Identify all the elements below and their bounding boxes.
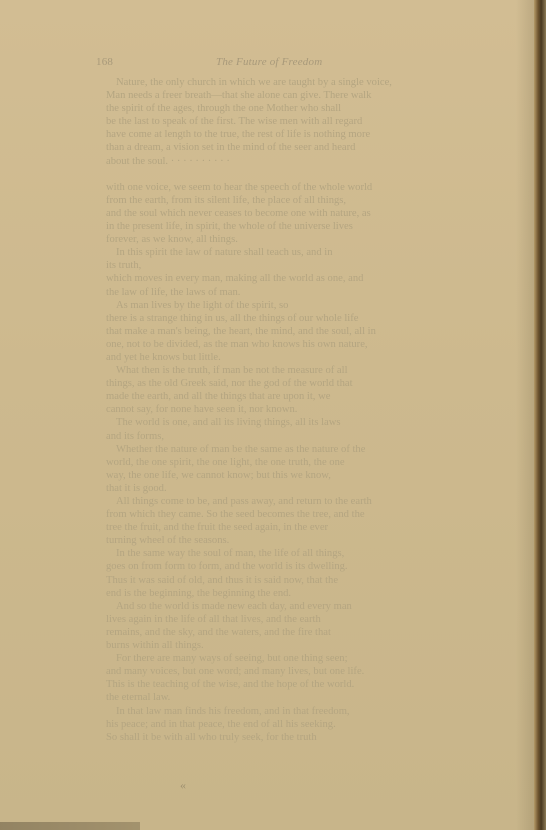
text-line: lives again in the life of all that live… (106, 613, 482, 626)
text-line: cannot say, for none have seen it, nor k… (106, 403, 482, 416)
text-line: from which they came. So the seed become… (106, 508, 482, 521)
text-line: goes on from form to form, and the world… (106, 560, 482, 573)
text-line: and its forms, (106, 430, 482, 443)
bottom-mark: « (180, 778, 186, 793)
text-line: his peace; and in that peace, the end of… (106, 718, 482, 731)
text-line: Nature, the only church in which we are … (106, 76, 482, 89)
text-line: In the same way the soul of man, the lif… (106, 547, 482, 560)
text-line: tree the fruit, and the fruit the seed a… (106, 521, 482, 534)
text-line: What then is the truth, if man be not th… (106, 364, 482, 377)
text-line: world, the one spirit, the one light, th… (106, 456, 482, 469)
text-line: the eternal law. (106, 691, 482, 704)
text-line: And so the world is made new each day, a… (106, 600, 482, 613)
text-line: and many voices, but one word; and many … (106, 665, 482, 678)
text-line: The world is one, and all its living thi… (106, 416, 482, 429)
binding-shadow (516, 0, 534, 830)
text-line: remains, and the sky, and the waters, an… (106, 626, 482, 639)
text-line: from the earth, from its silent life, th… (106, 194, 482, 207)
text-line: that it is good. (106, 482, 482, 495)
body-text: Nature, the only church in which we are … (106, 76, 482, 744)
text-line: its truth, (106, 259, 482, 272)
text-line: Whether the nature of man be the same as… (106, 443, 482, 456)
text-line: the spirit of the ages, through the one … (106, 102, 482, 115)
text-line: in the present life, in spirit, the whol… (106, 220, 482, 233)
text-line: All things come to be, and pass away, an… (106, 495, 482, 508)
text-line: be the last to speak of the first. The w… (106, 115, 482, 128)
text-line: and the soul which never ceases to becom… (106, 207, 482, 220)
text-line: Thus it was said of old, and thus it is … (106, 574, 482, 587)
text-line: about the soul. · · · · · · · · · · (106, 155, 482, 168)
text-line (106, 168, 482, 181)
text-line: things, as the old Greek said, nor the g… (106, 377, 482, 390)
text-line: and yet he knows but little. (106, 351, 482, 364)
text-line: In this spirit the law of nature shall t… (106, 246, 482, 259)
text-line: In that law man finds his freedom, and i… (106, 705, 482, 718)
text-line: which moves in every man, making all the… (106, 272, 482, 285)
book-binding-edge (534, 0, 546, 830)
text-line: way, the one life, we cannot know; but t… (106, 469, 482, 482)
text-line: there is a strange thing in us, all the … (106, 312, 482, 325)
text-line: with one voice, we seem to hear the spee… (106, 181, 482, 194)
text-line: So shall it be with all who truly seek, … (106, 731, 482, 744)
text-line: As man lives by the light of the spirit,… (106, 299, 482, 312)
text-line: have come at length to the true, the res… (106, 128, 482, 141)
scan-edge (0, 822, 140, 830)
text-line: than a dream, a vision set in the mind o… (106, 141, 482, 154)
text-line: For there are many ways of seeing, but o… (106, 652, 482, 665)
text-line: one, not to be divided, as the man who k… (106, 338, 482, 351)
text-line: the law of life, the laws of man. (106, 286, 482, 299)
text-line: burns within all things. (106, 639, 482, 652)
text-line: that make a man's being, the heart, the … (106, 325, 482, 338)
text-line: made the earth, and all the things that … (106, 390, 482, 403)
page-number: 168 (96, 56, 113, 68)
text-line: end is the beginning, the beginning the … (106, 587, 482, 600)
text-line: forever, as we know, all things. (106, 233, 482, 246)
page-header: 168 The Future of Freedom (96, 56, 476, 70)
text-line: This is the teaching of the wise, and th… (106, 678, 482, 691)
running-title: The Future of Freedom (216, 56, 322, 68)
text-line: turning wheel of the seasons. (106, 534, 482, 547)
text-line: Man needs a freer breath—that she alone … (106, 89, 482, 102)
